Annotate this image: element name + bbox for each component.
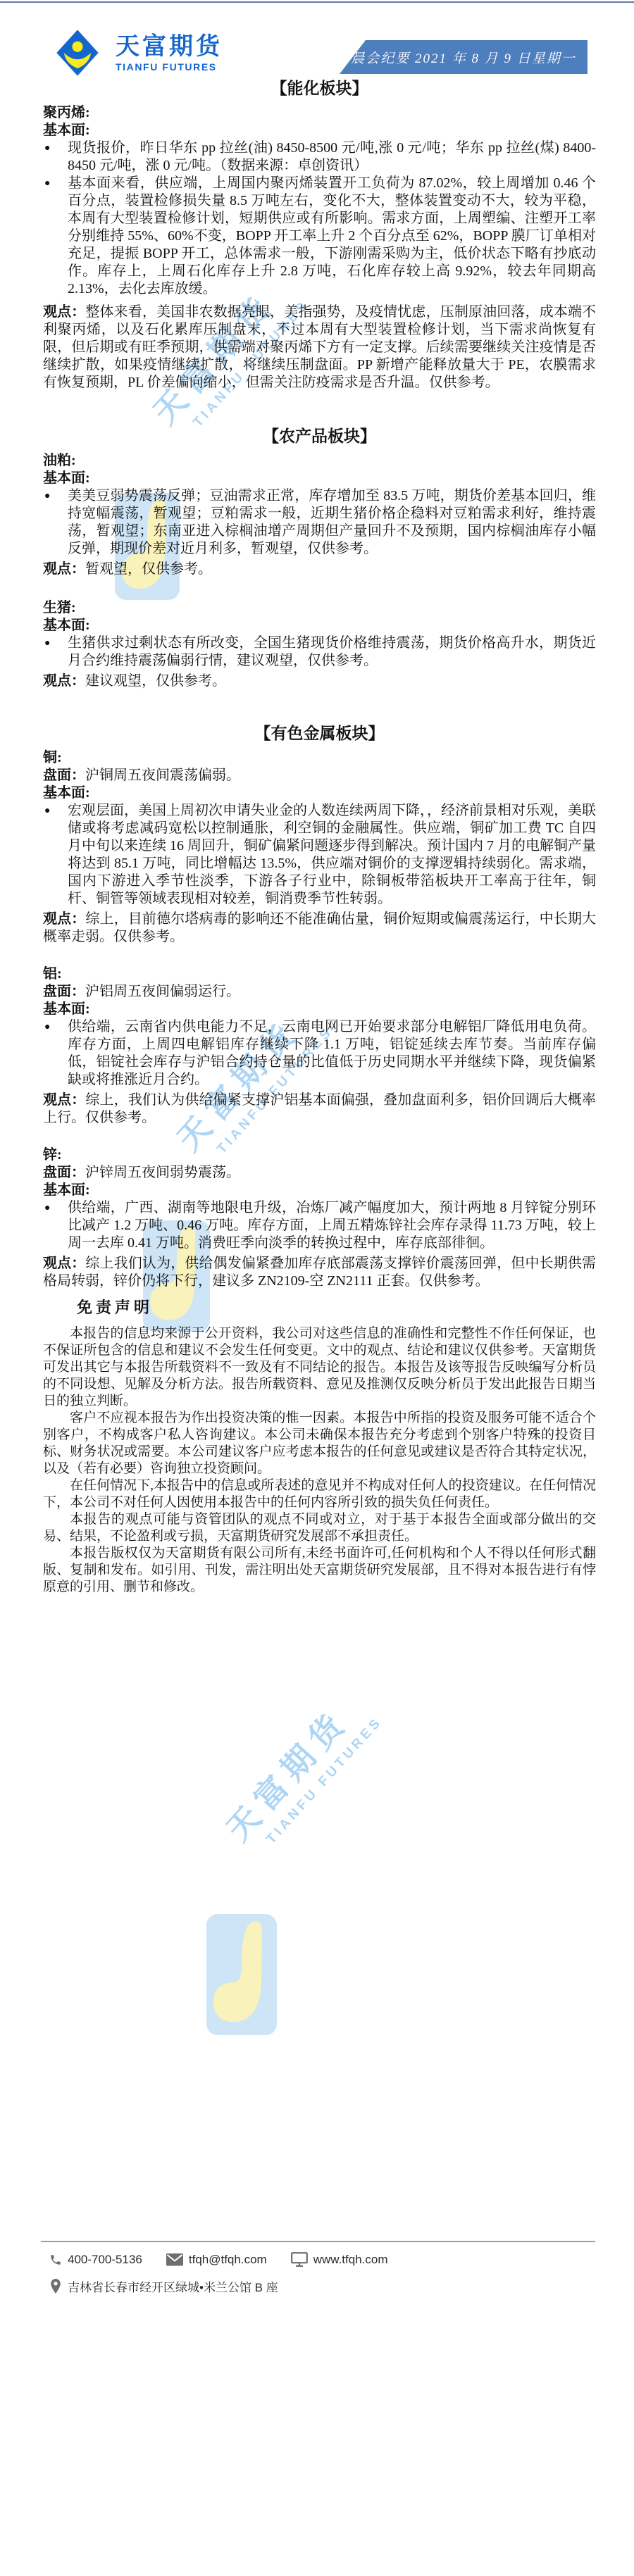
viewpoint: 观点：综上，我们认为供给偏紧支撑沪铝基本面偏强，叠加盘面利多，铝价回调后大概率上… [43, 1092, 596, 1127]
fundamentals-label: 基本面: [43, 1182, 596, 1199]
subsection-polypropylene: 聚丙烯: 基本面: ● 现货报价，昨日华东 pp 拉丝(油) 8450-8500… [43, 104, 596, 392]
report-title-date: 晨会纪要 2021 年 8 月 9 日星期一 [351, 48, 576, 67]
bullet-text: 现货报价，昨日华东 pp 拉丝(油) 8450-8500 元/吨,涨 0 元/吨… [68, 139, 596, 175]
bullet-icon: ● [43, 634, 68, 670]
subsection-aluminum: 铝: 盘面：沪铝周五夜间偏弱运行。 基本面: ● 供给端，云南省内供电能力不足，… [43, 965, 596, 1127]
bullet-icon: ● [43, 802, 68, 908]
bullet-item: ● 现货报价，昨日华东 pp 拉丝(油) 8450-8500 元/吨,涨 0 元… [43, 139, 596, 175]
disclaimer-section: 免责声明 本报告的信息均来源于公开资料，我公司对这些信息的准确性和完整性不作任何… [43, 1299, 596, 1596]
viewpoint-text: 综上，我们认为供给偏紧支撑沪铝基本面偏强，叠加盘面利多，铝价回调后大概率上行。仅… [43, 1092, 596, 1125]
company-name-cn: 天富期货 [116, 32, 223, 61]
footer-phone-number: 400-700-5136 [68, 2253, 142, 2267]
market-label: 盘面： [43, 768, 85, 783]
section-title-energy: 【能化板块】 [43, 79, 596, 98]
phone-icon [49, 2253, 62, 2266]
report-body: 【能化板块】 聚丙烯: 基本面: ● 现货报价，昨日华东 pp 拉丝(油) 84… [43, 79, 596, 1290]
commodity-name: 聚丙烯: [43, 104, 596, 122]
bullet-icon: ● [43, 1199, 68, 1252]
fundamentals-label: 基本面: [43, 122, 596, 139]
viewpoint-label: 观点： [43, 673, 85, 689]
bullet-icon: ● [43, 139, 68, 175]
company-logo: 天富期货 TIANFU FUTURES [55, 27, 223, 79]
viewpoint-label: 观点： [43, 304, 85, 320]
company-name: 天富期货 TIANFU FUTURES [116, 32, 223, 73]
viewpoint: 观点：综上我们认为，供给偶发偏紧叠加库存底部震荡支撑锌价震荡回弹，但中长期供需格… [43, 1255, 596, 1290]
fundamentals-label: 基本面: [43, 470, 596, 487]
viewpoint: 观点：综上，目前德尔塔病毒的影响还不能准确估量，铜价短期或偏震荡运行，中长期大概… [43, 911, 596, 946]
footer-address-row: 吉林省长春市经开区绿城•米兰公馆 B 座 [49, 2277, 302, 2295]
subsection-live-hogs: 生猪: 基本面: ● 生猪供求过剩状态有所改变，全国生猪现货价格维持震荡，期货价… [43, 599, 596, 690]
bullet-text: 基本面来看，供应端，上周国内聚丙烯装置开工负荷为 87.02%，较上周增加 0.… [68, 175, 596, 298]
envelope-icon [166, 2253, 183, 2266]
viewpoint-text: 建议观望，仅供参考。 [85, 673, 226, 689]
viewpoint-label: 观点： [43, 561, 85, 577]
footer-website-text: www.tfqh.com [313, 2253, 388, 2267]
footer-contacts: 400-700-5136 tfqh@tfqh.com www.tfqh.com [49, 2252, 412, 2267]
bullet-item: ● 生猪供求过剩状态有所改变，全国生猪现货价格维持震荡，期货价格高升水，期货近月… [43, 634, 596, 670]
bullet-item: ● 供给端，云南省内供电能力不足，云南电网已开始要求部分电解铝厂降低用电负荷。库… [43, 1018, 596, 1089]
commodity-name: 生猪: [43, 599, 596, 617]
commodity-name: 锌: [43, 1146, 596, 1164]
bullet-item: ● 宏观层面，美国上周初次申请失业金的人数连续两周下降，，经济前景相对乐观，美联… [43, 802, 596, 908]
market-line: 盘面：沪铝周五夜间偏弱运行。 [43, 983, 596, 1001]
commodity-name: 铜: [43, 749, 596, 767]
market-text: 沪铜周五夜间震荡偏弱。 [85, 768, 240, 783]
footer-email: tfqh@tfqh.com [166, 2253, 267, 2267]
disclaimer-paragraph: 本报告的信息均来源于公开资料，我公司对这些信息的准确性和完整性不作任何保证，也不… [43, 1325, 596, 1410]
disclaimer-paragraph: 在任何情况下,本报告中的信息或所表述的意见并不构成对任何人的投资建议。在任何情况… [43, 1477, 596, 1511]
viewpoint-text: 整体来看，美国非农数据亮眼，美指强势，及疫情忧虑，压制原油回落，成本端不利聚丙烯… [43, 304, 596, 390]
watermark-en: TIANFU FUTURES [251, 1714, 386, 1862]
bullet-icon: ● [43, 175, 68, 298]
section-title-agriculture: 【农产品板块】 [43, 427, 596, 446]
report-title-banner: 晨会纪要 2021 年 8 月 9 日星期一 [340, 40, 588, 74]
fundamentals-label: 基本面: [43, 784, 596, 802]
disclaimer-title: 免责声明 [77, 1299, 596, 1316]
commodity-name: 铝: [43, 965, 596, 983]
viewpoint-text: 综上，目前德尔塔病毒的影响还不能准确估量，铜价短期或偏震荡运行，中长期大概率走弱… [43, 911, 596, 944]
disclaimer-paragraph: 本报告版权仅为天富期货有限公司所有,未经书面许可,任何机构和个人不得以任何形式翻… [43, 1545, 596, 1596]
footer-email-text: tfqh@tfqh.com [189, 2253, 267, 2267]
bullet-item: ● 基本面来看，供应端，上周国内聚丙烯装置开工负荷为 87.02%，较上周增加 … [43, 175, 596, 298]
bullet-item: ● 供给端，广西、湖南等地限电升级，冶炼厂减产幅度加大，预计两地 8 月锌锭分别… [43, 1199, 596, 1252]
bullet-text: 供给端，云南省内供电能力不足，云南电网已开始要求部分电解铝厂降低用电负荷。库存方… [68, 1018, 596, 1089]
location-pin-icon [49, 2278, 62, 2294]
watermark-brand-text: 天富期货 TIANFU FUTURES [214, 1681, 386, 1862]
footer-address: 吉林省长春市经开区绿城•米兰公馆 B 座 [49, 2277, 278, 2295]
commodity-name: 油粕: [43, 452, 596, 470]
fundamentals-label: 基本面: [43, 617, 596, 634]
fundamentals-label: 基本面: [43, 1001, 596, 1018]
market-label: 盘面： [43, 1165, 85, 1180]
report-page: 天富期货 TIANFU FUTURES 晨会纪要 2021 年 8 月 9 日星… [0, 0, 634, 2576]
viewpoint: 观点：暂观望，仅供参考。 [43, 561, 596, 578]
viewpoint-text: 综上我们认为，供给偶发偏紧叠加库存底部震荡支撑锌价震荡回弹，但中长期供需格局转弱… [43, 1256, 596, 1289]
company-logo-icon [55, 27, 100, 79]
market-text: 沪锌周五夜间弱势震荡。 [85, 1165, 240, 1180]
disclaimer-paragraph: 本报告的观点可能与资管团队的观点不同或对立，对于基于本报告全面或部分做出的交易、… [43, 1511, 596, 1545]
footer-phone: 400-700-5136 [49, 2253, 142, 2267]
viewpoint-label: 观点： [43, 911, 85, 927]
watermark-cn: 天富期货 [214, 1681, 373, 1849]
viewpoint: 观点：整体来看，美国非农数据亮眼，美指强势，及疫情忧虑，压制原油回落，成本端不利… [43, 304, 596, 392]
bullet-item: ● 美美豆弱势震荡反弹；豆油需求正常，库存增加至 83.5 万吨，期货价差基本回… [43, 487, 596, 558]
viewpoint-text: 暂观望，仅供参考。 [85, 561, 212, 577]
subsection-oil-meal: 油粕: 基本面: ● 美美豆弱势震荡反弹；豆油需求正常，库存增加至 83.5 万… [43, 452, 596, 578]
viewpoint-label: 观点： [43, 1092, 85, 1108]
footer-address-text: 吉林省长春市经开区绿城•米兰公馆 B 座 [68, 2277, 278, 2295]
monitor-icon [291, 2252, 308, 2267]
bullet-text: 生猪供求过剩状态有所改变，全国生猪现货价格维持震荡，期货价格高升水，期货近月合约… [68, 634, 596, 670]
company-name-en: TIANFU FUTURES [116, 61, 223, 73]
bullet-text: 美美豆弱势震荡反弹；豆油需求正常，库存增加至 83.5 万吨，期货价差基本回归，… [68, 487, 596, 558]
bullet-icon: ● [43, 487, 68, 558]
subsection-zinc: 锌: 盘面：沪锌周五夜间弱势震荡。 基本面: ● 供给端，广西、湖南等地限电升级… [43, 1146, 596, 1290]
viewpoint: 观点：建议观望，仅供参考。 [43, 673, 596, 690]
viewpoint-label: 观点： [43, 1256, 85, 1271]
subsection-copper: 铜: 盘面：沪铜周五夜间震荡偏弱。 基本面: ● 宏观层面，美国上周初次申请失业… [43, 749, 596, 946]
market-line: 盘面：沪铜周五夜间震荡偏弱。 [43, 767, 596, 784]
market-line: 盘面：沪锌周五夜间弱势震荡。 [43, 1164, 596, 1182]
footer-website: www.tfqh.com [291, 2252, 388, 2267]
footer-divider [41, 2241, 595, 2242]
watermark-logo-icon [206, 1914, 277, 2035]
section-title-metals: 【有色金属板块】 [43, 724, 596, 743]
bullet-text: 供给端，广西、湖南等地限电升级，冶炼厂减产幅度加大，预计两地 8 月锌锭分别环比… [68, 1199, 596, 1252]
bullet-text: 宏观层面，美国上周初次申请失业金的人数连续两周下降，，经济前景相对乐观，美联储或… [68, 802, 596, 908]
page-top-border [0, 1, 634, 3]
market-text: 沪铝周五夜间偏弱运行。 [85, 984, 240, 999]
market-label: 盘面： [43, 984, 85, 999]
bullet-icon: ● [43, 1018, 68, 1089]
disclaimer-paragraph: 客户不应视本报告为作出投资决策的惟一因素。本报告中所指的投资及服务可能不适合个别… [43, 1410, 596, 1477]
